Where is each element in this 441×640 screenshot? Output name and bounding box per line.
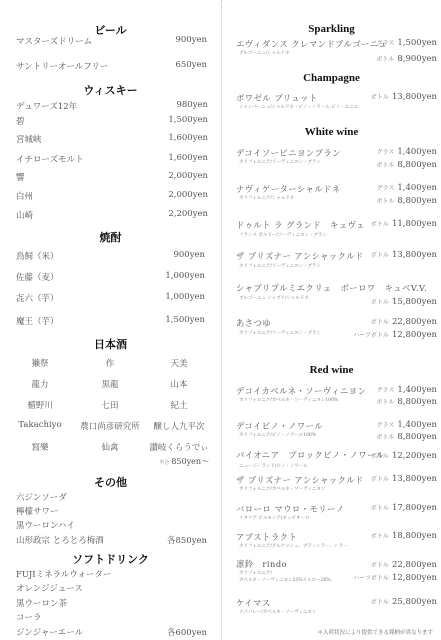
item-price: 1,500yen (165, 315, 205, 325)
item-price: 650yen (175, 60, 207, 70)
wine-name: ザ ブリズナー アンシャックルド (236, 474, 364, 486)
wine-name: パイオニア ブロックピノ・ノワール (236, 449, 385, 461)
item-name: コーラ (16, 611, 42, 623)
wine-price: ハーフボトル12,800yen (353, 330, 437, 340)
item-name: マスターズドリーム (16, 35, 92, 47)
section-title-sake: 日本酒 (0, 336, 221, 352)
wine-sub: ブルゴーニュ シャブリ/シャルドネ (239, 295, 309, 301)
wine-sub: ブルゴーニュ/シャルドネ (239, 50, 290, 56)
wine-sub: ナパバレー/カベルネ・ソーヴィニヨン (239, 609, 316, 615)
sake-item: 七田 (75, 399, 145, 411)
wine-name: あさつゆ (236, 317, 271, 329)
item-name: 鳥飼（米） (16, 250, 59, 262)
item-name: 六ジンソーダ (16, 491, 67, 503)
column-divider (221, 0, 222, 640)
wine-name: シャブリプルミエクリュ ボーロワ キュベV.V. (236, 282, 427, 294)
sake-item: 寫樂 (5, 441, 75, 453)
sake-item: 天美 (144, 357, 214, 369)
wine-name: ボワゼル ブリュット (236, 92, 318, 104)
section-title-other: その他 (0, 474, 221, 490)
item-name: FUJIミネラルウォーター (16, 568, 112, 580)
item-name: 黒ウーロン茶 (16, 597, 67, 609)
item-name: イチローズモルト (16, 153, 84, 165)
wine-sub: カリフォルニア/シャルドネ (239, 195, 294, 201)
wine-price: ボトル13,800yen (371, 250, 437, 260)
item-price: 2,200yen (168, 209, 208, 219)
sake-item: 醸し人九平次 (144, 420, 214, 432)
sake-item: 龍力 (5, 378, 75, 390)
sake-item: 獺祭 (5, 357, 75, 369)
wine-price: ボトル8,900yen (376, 54, 437, 64)
wine-price: グラス1,400yen (377, 183, 437, 193)
item-name: 宮城峡 (16, 133, 42, 145)
wine-name: ケイマス (236, 597, 271, 609)
wine-sub: カリフォルニア/ソーヴィニヨン・ブラン (239, 330, 321, 336)
item-name: 山形政宗 とろとろ梅酒 (16, 534, 104, 546)
item-price: 1,000yen (165, 271, 205, 281)
wine-price: ボトル13,800yen (371, 474, 437, 484)
wine-price: ボトル12,200yen (371, 451, 437, 461)
wine-sub: カリフォルニア/ (239, 570, 272, 576)
section-title-soft-drinks: ソフトドリンク (0, 551, 221, 567)
wine-price: ボトル15,800yen (371, 297, 437, 307)
wine-name: エヴィダンス クレマンドブルゴーニュ (236, 38, 387, 50)
sake-item: 山本 (144, 378, 214, 390)
wine-price: グラス1,400yen (377, 420, 437, 430)
wine-sub: イタリア ピエモンテ/ネッビオーロ (239, 515, 309, 521)
wine-name: ドゥルト ラ グランド キュヴェ (236, 219, 365, 231)
wine-sub: カリフォルニア/ソーヴィニヨン・ブラン (239, 263, 321, 269)
item-name: 白州 (16, 190, 33, 202)
wine-price: ボトル25,800yen (371, 597, 437, 607)
wine-price: ハーフボトル12,800yen (353, 573, 437, 583)
sake-item: 紀土 (144, 399, 214, 411)
item-name: オレンジジュース (16, 582, 83, 594)
wine-price: ボトル11,800yen (371, 219, 437, 229)
sake-item: 楯野川 (5, 399, 75, 411)
item-price: 1,500yen (168, 115, 208, 125)
item-name: 魔王（芋） (16, 315, 59, 327)
wine-name: ナヴィゲーターシャルドネ (236, 183, 341, 195)
wine-price: ボトル18,800yen (371, 531, 437, 541)
wine-sub: カリフォルニア/グルナッシュ、プティシラー、シラー (239, 543, 347, 549)
wine-price: グラス1,400yen (377, 385, 437, 395)
sake-item: 農口尚彦研究所 (70, 420, 150, 432)
wine-price: ボトル13,800yen (371, 92, 437, 102)
wine-sub: カリフォルニア/カベルネ・ソーヴィニヨン (239, 486, 325, 492)
item-name: 碧 (16, 115, 25, 127)
section-title-shochu: 焼酎 (0, 229, 221, 245)
wine-price: グラス1,500yen (377, 38, 437, 48)
item-price: 2,000yen (168, 190, 208, 200)
item-name: 黒ウーロンハイ (16, 519, 75, 531)
sake-item: 黒龍 (75, 378, 145, 390)
section-title-sparkling: Sparkling (222, 23, 441, 35)
wine-name: アブストラクト (236, 531, 297, 543)
item-price: 1,600yen (168, 133, 208, 143)
item-name: 響 (16, 171, 25, 183)
wine-sub: カリフォルニア/ソーヴィニヨン・ブラン (239, 159, 321, 165)
wine-name: ザ ブリズナー アンシャックルド (236, 250, 364, 262)
item-price: 900yen (175, 35, 207, 45)
item-price: 1,000yen (165, 292, 205, 302)
wine-sub: カベルネ・ソーヴィニヨン53%メルロー26%, (239, 577, 332, 583)
sake-item: 作 (75, 357, 145, 369)
wine-name: バローロ マウロ・モリーノ (236, 503, 345, 515)
sake-item: 仙禽 (75, 441, 145, 453)
wine-price: ボトル22,800yen (371, 317, 437, 327)
wine-sub: ニュージーランド/ピノ・ノワール (239, 463, 308, 469)
wine-price: グラス1,400yen (377, 147, 437, 157)
section-title-champagne: Champagne (222, 72, 441, 84)
item-name: デュワーズ12年 (16, 100, 77, 112)
item-name: ジンジャーエール (16, 626, 83, 638)
item-price: 各850yen (167, 534, 207, 546)
section-title-whisky: ウィスキー (0, 82, 221, 98)
wine-name: 凛鈴 rindo (236, 558, 287, 570)
section-title-red-wine: Red wine (222, 364, 441, 376)
wine-price: ボトル22,800yen (371, 560, 437, 570)
wine-sub: シャンパーニュ/シャルドネ・ピノ・ノワール,ピノ・ムニエ (239, 104, 358, 110)
wine-sub: カリフォルニア/ピノ・ノワール100% (239, 432, 316, 438)
wine-name: デコイピノ・ノワール (236, 420, 323, 432)
wine-sub: カリフォルニア/カベルネ・ソーヴィニヨン100% (239, 397, 338, 403)
item-price: 各600yen (167, 626, 207, 638)
sake-price-label: 半合 (159, 460, 169, 466)
sake-price-value: 850yen〜 (171, 457, 209, 466)
wine-price: ボトル8,800yen (376, 196, 437, 206)
wine-name: デコイソーピニヨンブラン (236, 147, 341, 159)
wine-price: ボトル8,800yen (376, 160, 437, 170)
item-price: 900yen (173, 250, 205, 260)
wine-price: ボトル17,800yen (371, 503, 437, 513)
item-name: 檸檬サワー (16, 505, 59, 517)
sake-item: 讃岐くらうでぃ (144, 441, 214, 453)
item-name: 山崎 (16, 209, 33, 221)
item-price: 980yen (176, 100, 208, 110)
wine-price: ボトル8,800yen (376, 432, 437, 442)
wine-sub: フランス ボルドー/ソーヴィニヨン・ブラン (239, 232, 327, 238)
footnote: ＊入荷状況により提供できる銘柄が異なります (317, 628, 433, 636)
wine-price: ボトル8,800yen (376, 397, 437, 407)
item-name: サントリーオールフリー (16, 60, 108, 72)
item-price: 2,000yen (168, 171, 208, 181)
wine-name: デコイカベルネ・ソーヴィニヨン (236, 385, 366, 397)
item-name: 㐂六（芋） (16, 292, 59, 304)
item-name: 佐藤（麦） (16, 271, 59, 283)
item-price: 1,600yen (168, 153, 208, 163)
sake-price: 半合850yen〜 (159, 456, 209, 467)
section-title-white-wine: White wine (222, 126, 441, 138)
sake-item: Takachiyo (5, 420, 75, 430)
